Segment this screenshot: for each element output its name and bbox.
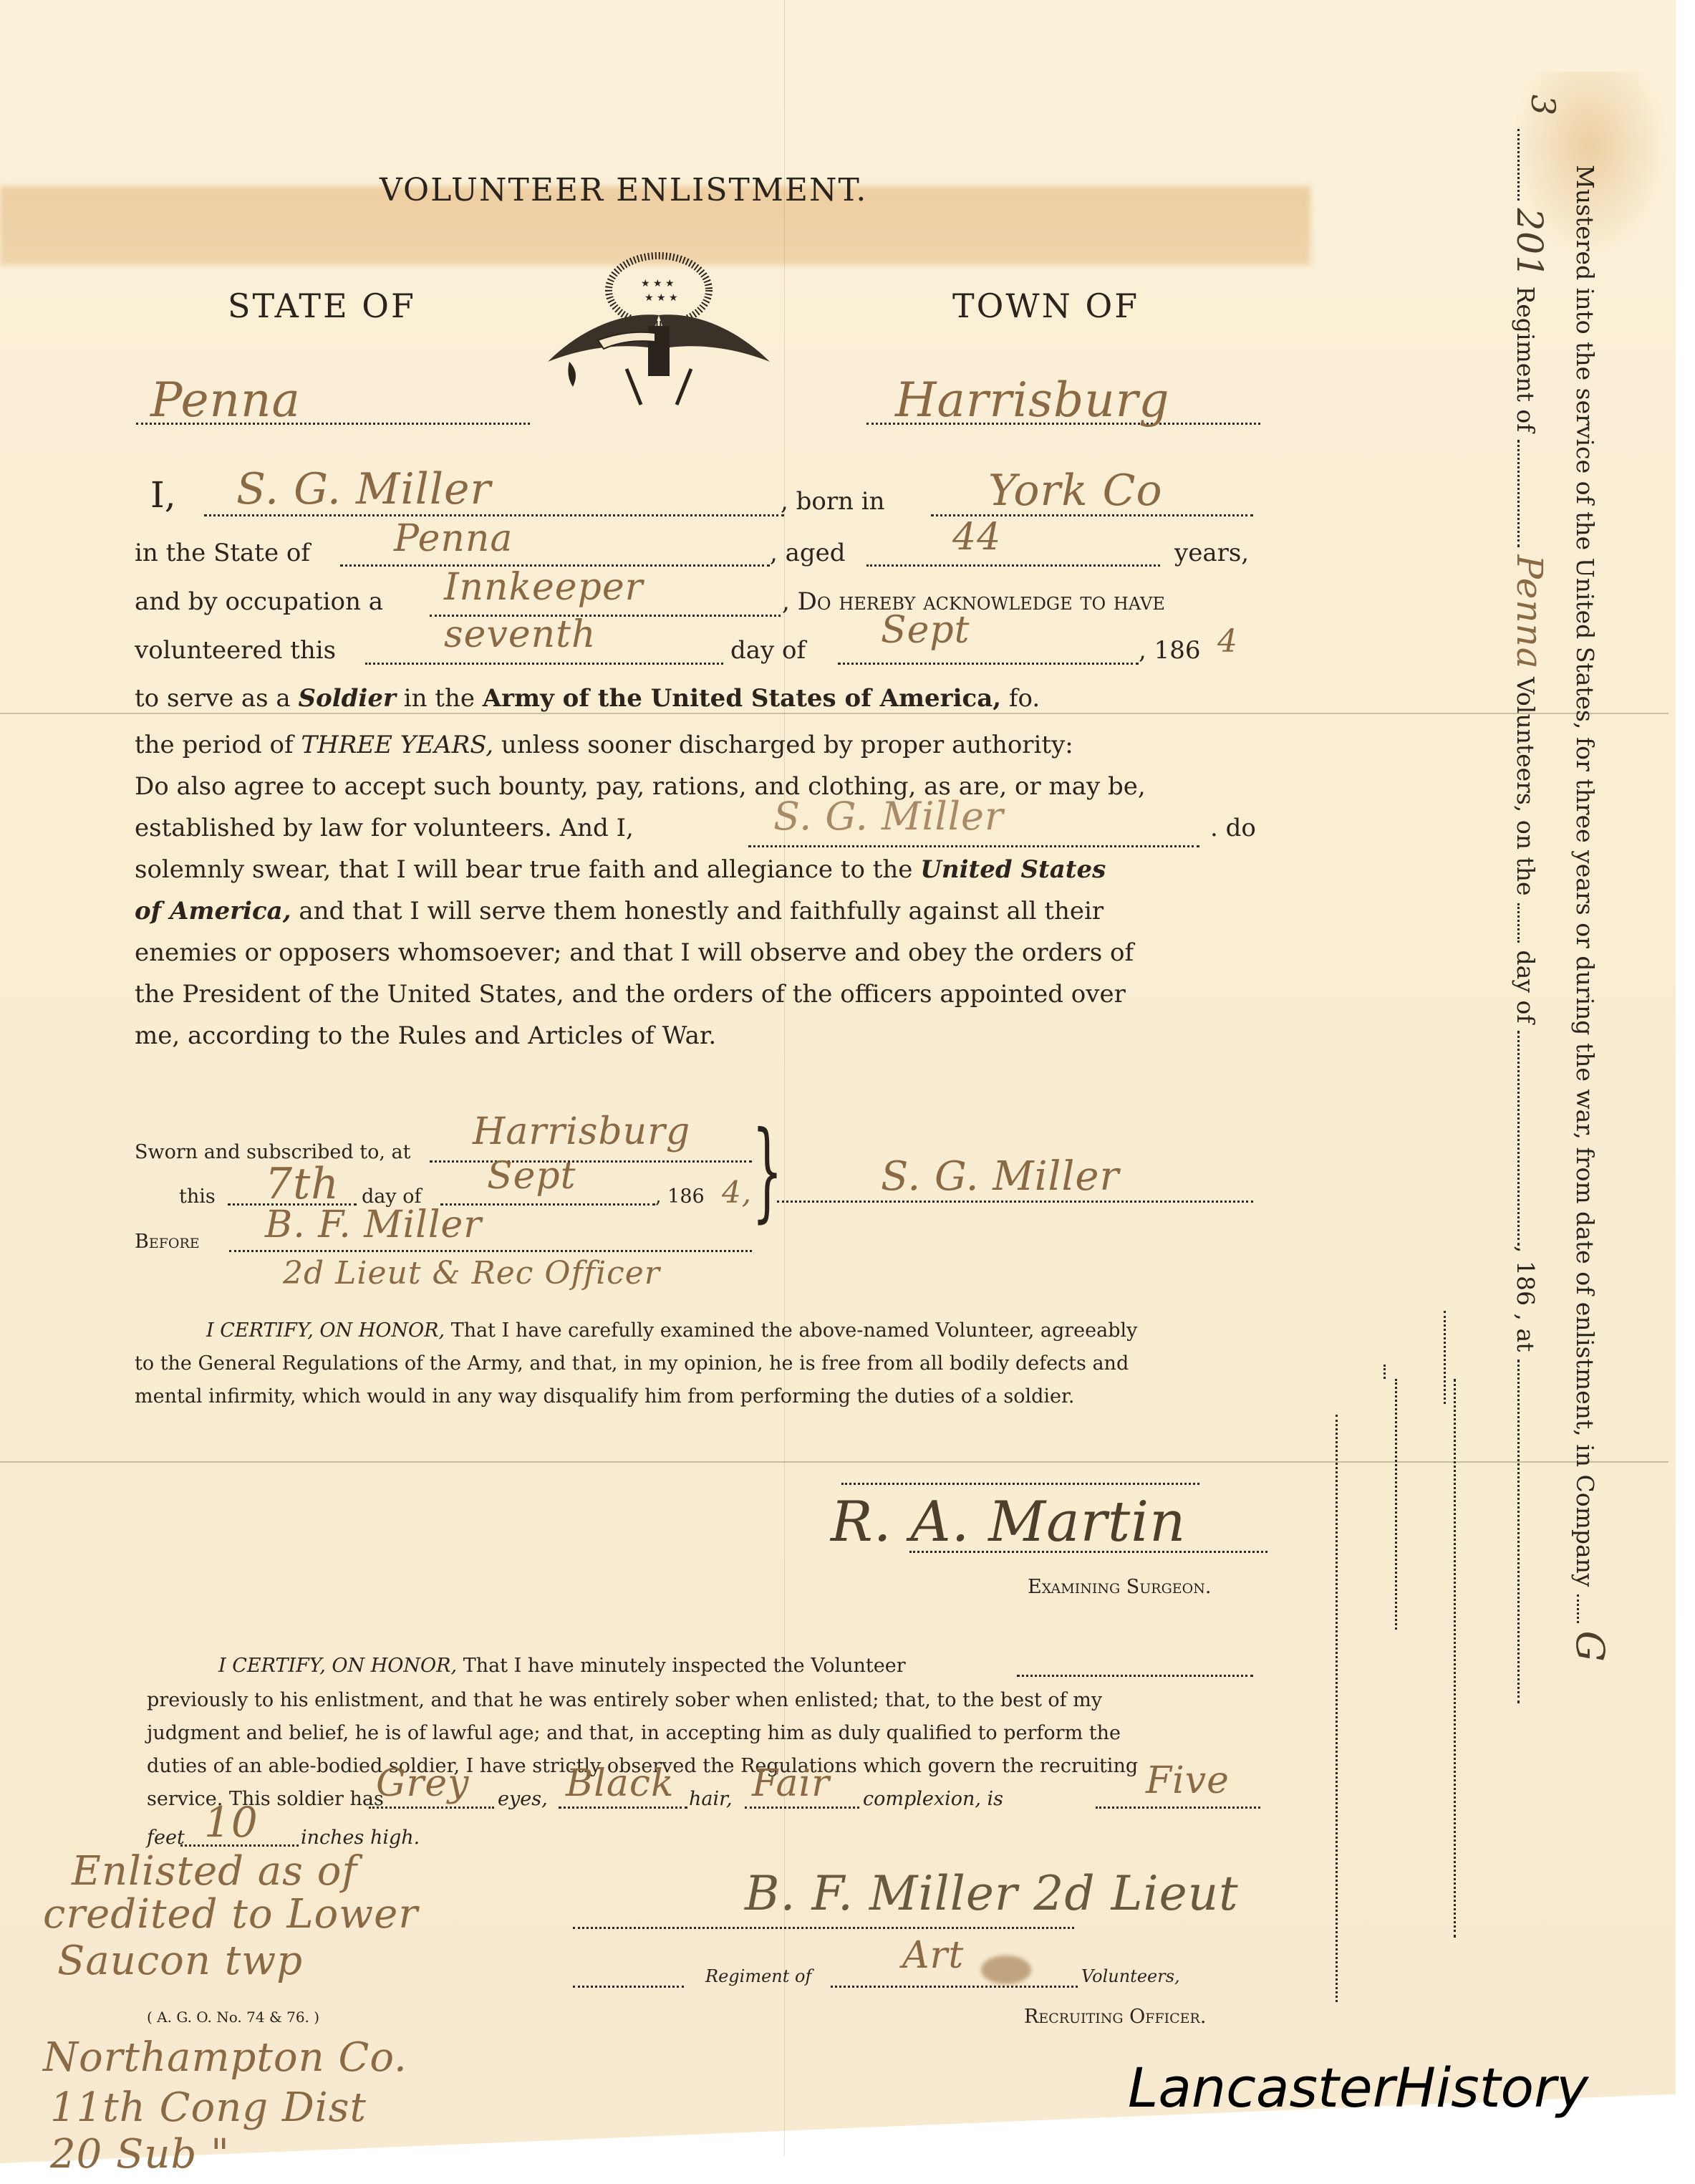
oath-name-field-line [748, 845, 1199, 847]
muster-day-of-label: day of [1512, 951, 1540, 1024]
before-label: Before [135, 1231, 200, 1253]
day-of-label: day of [730, 636, 806, 665]
recruiter-cert-line1: I CERTIFY, ON HONOR, That I have minutel… [218, 1655, 906, 1677]
sworn-place-field[interactable]: Harrisburg [473, 1110, 690, 1153]
america-suffix: and that I will serve them honestly and … [299, 897, 1104, 925]
margin-note: 20 Sub " [50, 2131, 230, 2178]
aged-label: , aged [770, 539, 846, 567]
column-line [1395, 1379, 1397, 1630]
enlist-year-digit-field[interactable]: 4 [1217, 623, 1238, 660]
eyes-line [369, 1807, 494, 1809]
recruiter-cert-line3: judgment and belief, he is of lawful age… [147, 1722, 1121, 1744]
swear-line: solemnly swear, that I will bear true fa… [135, 855, 1106, 884]
do-label: . do [1210, 814, 1256, 842]
established-label: established by law for volunteers. And I… [135, 814, 634, 842]
us-name: United States [920, 855, 1106, 884]
complexion-field[interactable]: Fair [752, 1762, 830, 1805]
enlist-day-field[interactable]: seventh [444, 613, 597, 656]
i-label: I, [150, 474, 176, 516]
residence-state-field[interactable]: Penna [394, 517, 513, 560]
margin-note: 11th Cong Dist [50, 2084, 367, 2131]
surgeon-line-upper [841, 1483, 1199, 1485]
company-line [1577, 1594, 1579, 1623]
america-name: of America, [135, 897, 291, 925]
feet-label: feet [147, 1827, 185, 1849]
regiment-state-line [831, 1986, 1078, 1988]
hair-line [559, 1807, 687, 1809]
age-field[interactable]: 44 [952, 516, 1001, 559]
eyes-label: eyes, [498, 1788, 548, 1810]
fold-line [784, 0, 785, 2156]
month-field-line [838, 663, 1139, 665]
lancasterhistory-watermark: LancasterHistory [1128, 2056, 1588, 2120]
muster-month-line [1517, 1031, 1520, 1246]
inches-label-text: inches high. [301, 1827, 420, 1849]
muster-line2: 201 Regiment of Penna Volunteers, on the… [1509, 129, 1550, 1703]
muster-volunteers-label: Volunteers, on the [1512, 677, 1540, 895]
recruiter-cert-lead: I CERTIFY, ON HONOR, [218, 1655, 457, 1677]
regiment-no-line [1517, 129, 1520, 201]
fold-line [0, 1461, 1669, 1463]
column-line [1336, 1415, 1338, 2002]
recruiter-signature-line [573, 1927, 1074, 1929]
margin-note: Enlisted as of [72, 1848, 357, 1895]
hair-field[interactable]: Black [566, 1762, 674, 1805]
volunteer-signature[interactable]: S. G. Miller [881, 1153, 1119, 1200]
volunteers-label: Volunteers, [1081, 1966, 1180, 1986]
state-of-label: in the State of [135, 539, 310, 567]
year-prefix: , 186 [1139, 636, 1201, 665]
acknowledge-text: , Do hereby acknowledge to have [782, 587, 1165, 616]
feet-field[interactable]: Five [1146, 1759, 1230, 1802]
name-field-line [204, 514, 784, 516]
surgeon-cert-line3: mental infirmity, which would in any way… [135, 1385, 1075, 1408]
eyes-field[interactable]: Grey [376, 1762, 470, 1805]
state-field[interactable]: Penna [150, 372, 301, 428]
svg-text:★ ★ ★: ★ ★ ★ [641, 278, 675, 289]
volunteered-label: volunteered this [135, 636, 336, 665]
surgeon-cert-line1: I CERTIFY, ON HONOR, That I have careful… [206, 1319, 1137, 1342]
fold-line [0, 713, 1669, 714]
margin-note: credited to Lower [43, 1891, 418, 1938]
regiment-no-field[interactable]: 201 [1509, 208, 1550, 279]
soldier-word: Soldier [299, 684, 396, 713]
muster-at-label: , at [1512, 1314, 1540, 1352]
margin-note: Saucon twp [57, 1938, 303, 1984]
period-line: the period of THREE YEARS, unless sooner… [135, 731, 1073, 759]
born-in-label: , born in [781, 487, 885, 516]
town-field[interactable]: Harrisburg [895, 372, 1170, 428]
surgeon-cert-lead: I CERTIFY, ON HONOR, [206, 1319, 445, 1342]
margin-note: Northampton Co. [43, 2034, 407, 2081]
muster-state-field[interactable]: Penna [1509, 554, 1550, 669]
articles-line: me, according to the Rules and Articles … [135, 1021, 716, 1050]
brace-icon: } [752, 1117, 783, 1225]
enemies-line: enemies or opposers whomsoever; and that… [135, 938, 1134, 967]
regiment-of-label: Regiment of [705, 1966, 811, 1986]
serve-suffix: fo. [1009, 684, 1040, 713]
column-line [1444, 1311, 1446, 1404]
column-line [1383, 1365, 1386, 1379]
birthplace-field[interactable]: York Co [988, 466, 1163, 516]
president-line: the President of the United States, and … [135, 980, 1126, 1009]
oath-day-field[interactable]: 7th [265, 1159, 339, 1209]
muster-regiment-label: Regiment of [1512, 286, 1540, 432]
surgeon-cert-text1: That I have carefully examined the above… [451, 1319, 1138, 1342]
muster-year-label: , 186 [1512, 1246, 1540, 1306]
before-line [229, 1250, 752, 1252]
column-line [1454, 1379, 1456, 1938]
surgeon-role: Examining Surgeon. [1028, 1576, 1211, 1598]
period-suffix: unless sooner discharged by proper autho… [501, 731, 1073, 759]
serve-line: to serve as a Soldier in the Army of the… [135, 684, 1040, 713]
day-field-line [365, 663, 723, 665]
inches-field[interactable]: 10 [204, 1798, 259, 1847]
volunteer-signature-line [777, 1201, 1253, 1203]
regiment-no-line [573, 1986, 684, 1988]
ink-stain [981, 1956, 1031, 1984]
surgeon-cert-line2: to the General Regulations of the Army, … [135, 1352, 1129, 1375]
before-title-field[interactable]: 2d Lieut & Rec Officer [283, 1255, 660, 1291]
company-field[interactable]: G [1568, 1631, 1613, 1663]
oath-name-field[interactable]: S. G. Miller [773, 794, 1004, 839]
army-name: Army of the United States of America, [483, 684, 1001, 713]
muster-place-line [1517, 1360, 1520, 1703]
recruiter-role: Recruiting Officer. [1024, 2006, 1206, 2028]
complexion-line [745, 1807, 859, 1809]
muster-day-line [1517, 903, 1520, 943]
muster-state-line [1517, 440, 1520, 547]
svg-text:★ ★ ★: ★ ★ ★ [644, 292, 678, 304]
feet-line [1096, 1807, 1260, 1809]
swear-prefix: solemnly swear, that I will bear true fa… [135, 855, 912, 884]
state-label: STATE OF [228, 287, 416, 325]
volunteer-name-field[interactable]: S. G. Miller [236, 464, 491, 514]
regiment-field[interactable]: Art [902, 1934, 964, 1977]
before-name-field[interactable]: B. F. Miller [265, 1203, 482, 1246]
form-reference: ( A. G. O. No. 74 & 76. ) [147, 2009, 319, 2026]
hair-label: hair, [689, 1788, 733, 1810]
volunteer-inspected-line [1017, 1675, 1253, 1677]
page-number: 3 [1524, 95, 1563, 116]
america-line: of America, and that I will serve them h… [135, 897, 1104, 925]
serve-prefix: to serve as a [135, 684, 291, 713]
recruiter-cert-line5: service. This soldier has [147, 1788, 384, 1810]
muster-text: Mustered into the service of the United … [1571, 165, 1599, 1587]
document-title: VOLUNTEER ENLISTMENT. [380, 172, 867, 208]
oath-month-field[interactable]: Sept [487, 1155, 576, 1198]
sworn-place-line [430, 1160, 752, 1163]
muster-line1: Mustered into the service of the United … [1568, 165, 1613, 1663]
occupation-field[interactable]: Innkeeper [444, 566, 644, 609]
oath-year-prefix: , 186 [655, 1185, 705, 1208]
recruiter-cert-line2: previously to his enlistment, and that h… [147, 1689, 1102, 1711]
oath-year-digit[interactable]: 4, [722, 1175, 752, 1210]
complexion-label: complexion, is [863, 1788, 1003, 1810]
recruiter-signature[interactable]: B. F. Miller 2d Lieut [745, 1866, 1239, 1921]
this-label: this [179, 1185, 216, 1208]
period-prefix: the period of [135, 731, 294, 759]
inches-label: inches high. [301, 1827, 420, 1849]
period-term: THREE YEARS, [301, 731, 493, 759]
years-label: years, [1174, 539, 1249, 567]
recruiter-cert-text1: That I have minutely inspected the Volun… [463, 1655, 906, 1677]
age-field-line [866, 564, 1160, 567]
town-label: TOWN OF [952, 287, 1139, 325]
surgeon-signature[interactable]: R. A. Martin [831, 1490, 1186, 1554]
occupation-label: and by occupation a [135, 587, 383, 616]
enlist-month-field[interactable]: Sept [881, 609, 970, 652]
serve-middle: in the [404, 684, 475, 713]
eagle-seal-icon: ★ ★ ★ ★ ★ ★ [541, 247, 777, 412]
